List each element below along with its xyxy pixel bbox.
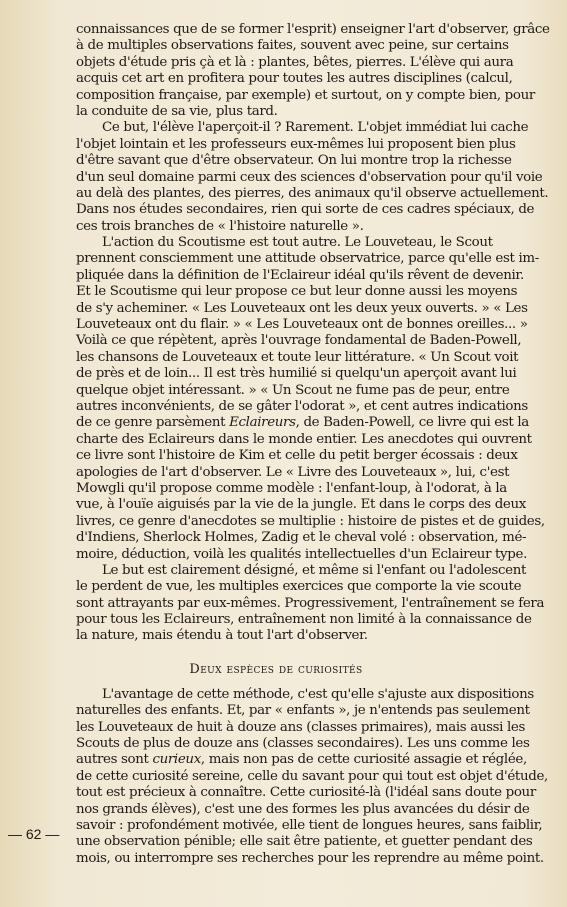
text-line: une observation pénible; elle sait être …: [76, 834, 476, 850]
text-line: L'action du Scoutisme est tout autre. Le…: [76, 235, 476, 251]
text-line: tout est précieux à connaître. Cette cur…: [76, 785, 476, 801]
text-line: Dans nos études secondaires, rien qui so…: [76, 202, 476, 218]
text-line: la conduite de sa vie, plus tard.: [76, 104, 476, 120]
body-text-before-heading: connaissances que de se former l'esprit)…: [76, 22, 476, 645]
text-line: moire, déduction, voilà les qualités int…: [76, 547, 476, 563]
page-number: — 62 —: [8, 826, 59, 842]
italic-title: Eclaireurs: [229, 415, 296, 430]
text-line: quelque objet intéressant. » « Un Scout …: [76, 383, 476, 399]
book-page: connaissances que de se former l'esprit)…: [76, 22, 476, 867]
text-line: Scouts de plus de douze ans (classes sec…: [76, 736, 476, 752]
text-line: prennent consciemment une attitude obser…: [76, 251, 476, 267]
text-line: autres inconvénients, de se gâter l'odor…: [76, 399, 476, 415]
paragraph: L'avantage de cette méthode, c'est qu'el…: [76, 687, 476, 867]
text-line: Et le Scoutisme qui leur propose ce but …: [76, 284, 476, 300]
paragraph: connaissances que de se former l'esprit)…: [76, 22, 476, 120]
text-line: livres, ce genre d'anecdotes se multipli…: [76, 514, 476, 530]
text-line: Ce but, l'élève l'aperçoit-il ? Rarement…: [76, 120, 476, 136]
section-heading: Deux espèces de curiosités: [76, 662, 476, 678]
text-line: vue, à l'ouïe aiguisés par la vie de la …: [76, 497, 476, 513]
text-line: de s'y acheminer. « Les Louveteaux ont l…: [76, 301, 476, 317]
text-line: objets d'étude pris çà et là : plantes, …: [76, 55, 476, 71]
text-line: d'un seul domaine parmi ceux des science…: [76, 170, 476, 186]
text-line: pour tous les Eclaireurs, entraînement n…: [76, 612, 476, 628]
text-line: charte des Eclaireurs dans le monde enti…: [76, 432, 476, 448]
text-line: L'avantage de cette méthode, c'est qu'el…: [76, 687, 476, 703]
text-line: ces trois branches de « l'histoire natur…: [76, 219, 476, 235]
text-line: sont attrayants par eux-mêmes. Progressi…: [76, 596, 476, 612]
text-line: pliquée dans la définition de l'Eclaireu…: [76, 268, 476, 284]
text-line: de ce genre parsèment Eclaireurs, de Bad…: [76, 415, 476, 431]
text-line: autres sont curieux, mais non pas de cet…: [76, 752, 476, 768]
text-line: acquis cet art en profitera pour toutes …: [76, 71, 476, 87]
text-line: mois, ou interrompre ses recherches pour…: [76, 851, 476, 867]
text-line: la nature, mais étendu à tout l'art d'ob…: [76, 628, 476, 644]
text-line: d'Indiens, Sherlock Holmes, Zadig et le …: [76, 530, 476, 546]
italic-title: curieux: [152, 752, 200, 767]
text-line: d'être savant que d'être observateur. On…: [76, 153, 476, 169]
text-line: Mowgli qu'il propose comme modèle : l'en…: [76, 481, 476, 497]
text-line: le perdent de vue, les multiples exercic…: [76, 579, 476, 595]
text-line: au delà des plantes, des pierres, des an…: [76, 186, 476, 202]
paragraph: L'action du Scoutisme est tout autre. Le…: [76, 235, 476, 563]
text-line: ce livre sont l'histoire de Kim et celle…: [76, 448, 476, 464]
text-line: Louveteaux ont du flair. » « Les Louvete…: [76, 317, 476, 333]
body-text-after-heading: L'avantage de cette méthode, c'est qu'el…: [76, 687, 476, 867]
text-line: apologies de l'art d'observer. Le « Livr…: [76, 465, 476, 481]
text-line: de près et de loin... Il est très humili…: [76, 366, 476, 382]
text-line: savoir : profondément motivée, elle tien…: [76, 818, 476, 834]
text-line: l'objet lointain et les professeurs eux-…: [76, 137, 476, 153]
text-line: naturelles des enfants. Et, par « enfant…: [76, 703, 476, 719]
text-line: Le but est clairement désigné, et même s…: [76, 563, 476, 579]
text-line: les chansons de Louveteaux et toute leur…: [76, 350, 476, 366]
text-line: Voilà ce que répètent, après l'ouvrage f…: [76, 333, 476, 349]
text-line: connaissances que de se former l'esprit)…: [76, 22, 476, 38]
text-line: composition française, par exemple) et s…: [76, 88, 476, 104]
text-line: à de multiples observations faites, souv…: [76, 38, 476, 54]
paragraph: Ce but, l'élève l'aperçoit-il ? Rarement…: [76, 120, 476, 235]
text-line: de cette curiosité sereine, celle du sav…: [76, 769, 476, 785]
text-line: les Louveteaux de huit à douze ans (clas…: [76, 720, 476, 736]
paragraph: Le but est clairement désigné, et même s…: [76, 563, 476, 645]
text-line: nos grands élèves), c'est une des formes…: [76, 802, 476, 818]
